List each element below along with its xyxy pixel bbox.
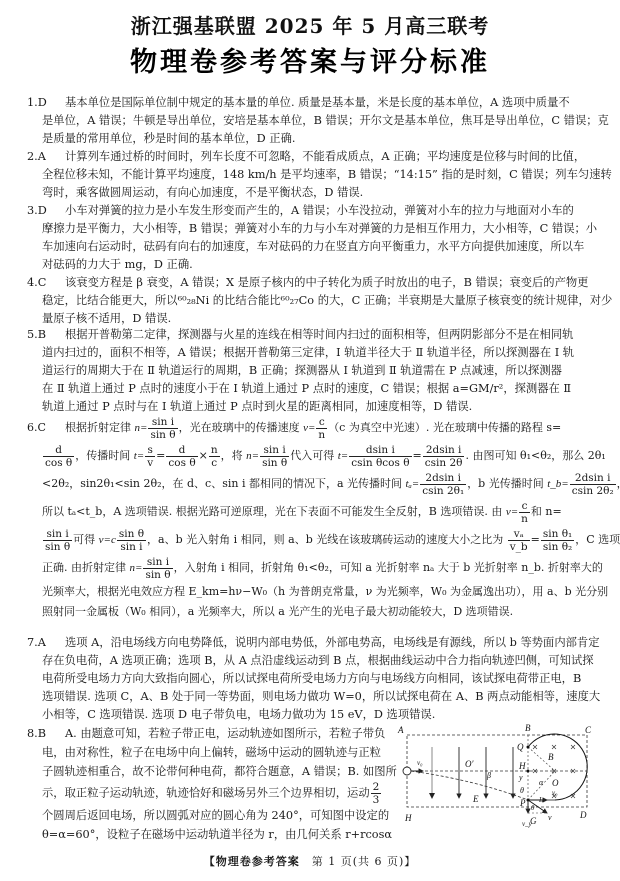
item-text: 选项 A，沿电场线方向电势降低，说明内部电势低，外部电势高，电场线是有源线，所以… — [65, 636, 600, 649]
svg-text:B: B — [525, 723, 531, 733]
svg-text:v: v — [548, 813, 552, 822]
item-number: 2.A — [27, 148, 65, 166]
formula: v= — [303, 422, 315, 434]
page-number: 第 1 页(共 6 页)】 — [312, 855, 417, 868]
svg-text:E: E — [472, 794, 479, 804]
item-line: <2θ₂，sin2θ₁<sin 2θ₂，在 d、c、sin i 都相同的情况下，… — [27, 470, 594, 498]
item-text: 个圆周后返回电场，所以圆弧对应的圆心角为 240°，可知图中设定的 — [27, 806, 397, 825]
item-text: 选项错误. 选项 C，A、B 处于同一等势面，则电场力做功 W=0，所以试探电荷… — [27, 688, 594, 706]
answer-item-7: 7.A选项 A，沿电场线方向电势降低，说明内部电势低，外部电势高，电场线是有源线… — [27, 634, 594, 724]
item-number: 7.A — [27, 634, 65, 652]
svg-text:y: y — [518, 773, 523, 782]
svg-text:A: A — [397, 725, 404, 735]
item-number: 3.D — [27, 202, 65, 220]
item-text: 是单位，A 错误；牛顿是导出单位，安培是基本单位，B 错误；开尔文是基本单位，焦… — [27, 112, 594, 130]
fraction: dcos θ — [166, 444, 197, 469]
item-text: 代入可得 — [290, 449, 334, 462]
item-text: 正确. 由折射定律 — [42, 561, 126, 574]
item-text: 根据开普勒第二定律，探测器与火星的连线在相等时间内扫过的面积相等，但两阴影部分不… — [65, 328, 573, 341]
svg-text:D: D — [579, 810, 587, 820]
item-number: 8.B — [27, 724, 65, 743]
item-number: 6.C — [27, 414, 65, 442]
item-line: 6.C根据折射定律 n=sin isin θ，光在玻璃中的传播速度 v=cn（c… — [27, 414, 594, 442]
item-text: θ=α=60°，设粒子在磁场中运动轨道半径为 r，由几何关系 r+rcosα — [27, 825, 397, 844]
item-text: 和 n= — [531, 505, 562, 518]
page-footer: 【物理卷参考答案第 1 页(共 6 页)】 — [0, 853, 620, 869]
item-text: <2θ₂，sin2θ₁<sin 2θ₂，在 d、c、sin i 都相同的情况下，… — [42, 477, 402, 490]
item-number: 1.D — [27, 94, 65, 112]
fraction: 23 — [371, 781, 382, 806]
answer-item-6: 6.C根据折射定律 n=sin isin θ，光在玻璃中的传播速度 v=cn（c… — [27, 414, 594, 622]
svg-text:B: B — [548, 752, 554, 762]
svg-text:v₀: v₀ — [552, 789, 558, 797]
item-text: ，b 光传播时间 — [467, 477, 544, 490]
fraction: 2dsin icsin 2θ₁ — [420, 472, 466, 497]
fraction: sin isin θ — [43, 528, 72, 553]
fraction: sin θsin i — [117, 528, 146, 553]
item-text: ，将 — [221, 449, 243, 462]
fraction: sin isin θ — [260, 444, 289, 469]
fraction: 2dsin icsin 2θ — [423, 444, 465, 469]
exam-title: 浙江强基联盟 2025 年 5 月高三联考 — [0, 10, 620, 39]
answer-item-8: 8.BA. 由题意可知，若粒子带正电，运动轨迹如图所示，若粒子带负 电，由对称性… — [27, 724, 397, 844]
fraction: sv — [145, 444, 155, 469]
answer-item-2: 2.A计算列车通过桥的时间时，列车长度不可忽略，不能看成质点，A 正确；平均速度… — [27, 148, 594, 202]
item-text: ，a、b 光入射角 i 相同，则 a、b 光线在该玻璃砖运动的速度大小之比为 — [147, 533, 503, 546]
item-text: A. 由题意可知，若粒子带正电，运动轨迹如图所示，若粒子带负 — [65, 727, 385, 740]
item-text: 光频率大，根据光电效应方程 E_km=hν−W₀（h 为普朗克常量，ν 为光频率… — [27, 582, 594, 602]
svg-text:Q: Q — [517, 742, 524, 752]
svg-text:θ: θ — [531, 804, 535, 812]
item-text: 电，由对称性，粒子在电场中向上偏转，磁场中运动的圆轨迹与正粒 — [27, 743, 397, 762]
item-text: ，传播时间 — [75, 449, 130, 462]
svg-text:α: α — [539, 778, 544, 787]
item-text: 子圆轨迹相重合，故不论带何种电荷，都符合题意，A 错误；B. 如图所 — [27, 762, 397, 781]
fraction: cn — [519, 500, 530, 525]
item-text: 电荷所受电场力方向大致指向圆心，所以试探电荷所受电场力方向与电场线方向相同，该试… — [27, 670, 594, 688]
fraction: nc — [209, 444, 220, 469]
item-text: 道内扫过的，面积不相等，A 错误；根据开普勒第三定律，Ⅰ 轨道半径大于 Ⅱ 轨道… — [27, 344, 594, 362]
item-text: 稳定，比结合能更大，所以⁶⁰₂₈Ni 的比结合能比⁶⁰₂₇Co 的大，C 正确；… — [27, 292, 594, 310]
svg-text:C: C — [585, 725, 592, 735]
item-number: 5.B — [27, 326, 65, 344]
formula: n= — [135, 422, 148, 434]
formula: t= — [134, 450, 144, 462]
item-text: 示，取正粒子运动轨迹，轨迹恰好和磁场另外三个边界相切，运动 — [42, 787, 370, 800]
item-line: 所以 tₐ<t_b，A 选项错误. 根据光路可逆原理，光在下表面不可能发生全反射… — [27, 498, 594, 526]
item-line: 正确. 由折射定律 n=sin isin θ，入射角 i 相同，折射角 θ₁<θ… — [27, 554, 594, 582]
svg-text:O: O — [552, 778, 559, 788]
document-title: 物理卷参考答案与评分标准 — [0, 40, 620, 79]
footer-label: 【物理卷参考答案 — [204, 855, 300, 868]
field-diagram: A B C H D v₀ O′ β E Q B H y α O θ v₀ P θ… — [395, 718, 620, 838]
item-text: 车加速向右运动时，砝码有向右的加速度，车对砝码的力在竖直方向平衡重力，水平方向提… — [27, 238, 594, 256]
item-text: 可得 — [73, 533, 95, 546]
svg-text:β: β — [486, 771, 491, 780]
fraction: 2dsin icsin 2θ₂ — [570, 472, 616, 497]
particle-source-icon — [403, 767, 411, 775]
item-text: 对砝码的力大于 mg，D 正确. — [27, 256, 594, 274]
item-text: 所以 tₐ<t_b，A 选项错误. 根据光路可逆原理，光在下表面不可能发生全反射… — [42, 505, 502, 518]
svg-text:v₀: v₀ — [417, 759, 423, 767]
item-text: 在 Ⅱ 轨道上通过 P 点时的速度小于在 Ⅰ 轨道上通过 P 点时的速度，C 错… — [27, 380, 594, 398]
item-line: dcos θ，传播时间 t=sv=dcos θ×nc，将 n=sin isin … — [27, 442, 594, 470]
item-number: 4.C — [27, 274, 65, 292]
svg-text:H: H — [404, 813, 412, 823]
svg-text:G: G — [530, 816, 537, 826]
svg-text:θ: θ — [520, 786, 524, 795]
item-text: 全程位移未知，不能计算平均速度，148 km/h 是平均速率，B 错误；“14:… — [27, 166, 594, 184]
item-text: 是质量的常用单位，秒是时间的基本单位，D 正确. — [27, 130, 594, 148]
item-text: 根据折射定律 — [65, 421, 131, 434]
fraction: sin isin θ — [148, 416, 177, 441]
svg-text:L: L — [538, 796, 543, 804]
answer-item-4: 4.C该衰变方程是 β 衰变，A 错误；X 是原子核内的中子转化为质子时放出的电… — [27, 274, 594, 328]
answer-item-5: 5.B根据开普勒第二定律，探测器与火星的连线在相等时间内扫过的面积相等，但两阴影… — [27, 326, 594, 416]
item-line: sin isin θ可得 v=csin θsin i，a、b 光入射角 i 相同… — [27, 526, 594, 554]
item-text: （c 为真空中光速）. 光在玻璃中传播的路程 s= — [328, 421, 561, 434]
fraction: dcos θ — [43, 444, 74, 469]
svg-text:H: H — [518, 761, 526, 771]
fraction: vₐv_b — [508, 528, 530, 553]
item-text: 小车对弹簧的拉力是小车发生形变而产生的，A 错误；小车没拉动，弹簧对小车的拉力与… — [65, 204, 574, 217]
item-text: 该衰变方程是 β 衰变，A 错误；X 是原子核内的中子转化为质子时放出的电子，B… — [65, 276, 588, 289]
fraction: sin isin θ — [143, 556, 172, 581]
item-text: 弯时，乘客做圆周运动，有向心加速度，不是平衡状态，D 错误. — [27, 184, 594, 202]
svg-text:O′: O′ — [465, 759, 474, 769]
item-text: 摩擦力是平衡力，大小相等，B 错误；弹簧对小车的力与小车对弹簧的力是相互作用力，… — [27, 220, 594, 238]
item-text: 照射同一金属板（W₀ 相同），a 光频率大，所以 a 光产生的光电子最大初动能较… — [27, 602, 594, 622]
fraction: cn — [316, 416, 327, 441]
item-text: ，光在玻璃中的传播速度 — [179, 421, 300, 434]
item-text: ，C 选项 — [575, 533, 620, 546]
item-text: ，入射角 i 相同，折射角 θ₁<θ₂，可知 a 光折射率 nₐ 大于 b 光折… — [174, 561, 603, 574]
fraction: sin θ₁sin θ₂ — [541, 528, 574, 553]
svg-text:P: P — [519, 798, 526, 808]
item-text: 道运行的周期大于在 Ⅱ 轨道运行的周期，B 正确；探测器从 Ⅰ 轨道到 Ⅱ 轨道… — [27, 362, 594, 380]
item-line: 示，取正粒子运动轨迹，轨迹恰好和磁场另外三个边界相切，运动23 — [27, 781, 397, 806]
item-text: 存在负电荷，A 选项正确；选项 B，从 A 点沿虚线运动到 B 点，根据曲线运动… — [27, 652, 594, 670]
item-text: 计算列车通过桥的时间时，列车长度不可忽略，不能看成质点，A 正确；平均速度是位移… — [65, 150, 585, 163]
item-text: . 由图可知 θ₁<θ₂，那么 2θ₁ — [465, 449, 605, 462]
item-text: 基本单位是国际单位制中规定的基本量的单位. 质量是基本量，米是长度的基本单位，A… — [65, 96, 570, 109]
answer-item-1: 1.D基本单位是国际单位制中规定的基本量的单位. 质量是基本量，米是长度的基本单… — [27, 94, 594, 148]
fraction: dsin icsin θcos θ — [349, 444, 411, 469]
answer-item-3: 3.D小车对弹簧的拉力是小车发生形变而产生的，A 错误；小车没拉动，弹簧对小车的… — [27, 202, 594, 274]
